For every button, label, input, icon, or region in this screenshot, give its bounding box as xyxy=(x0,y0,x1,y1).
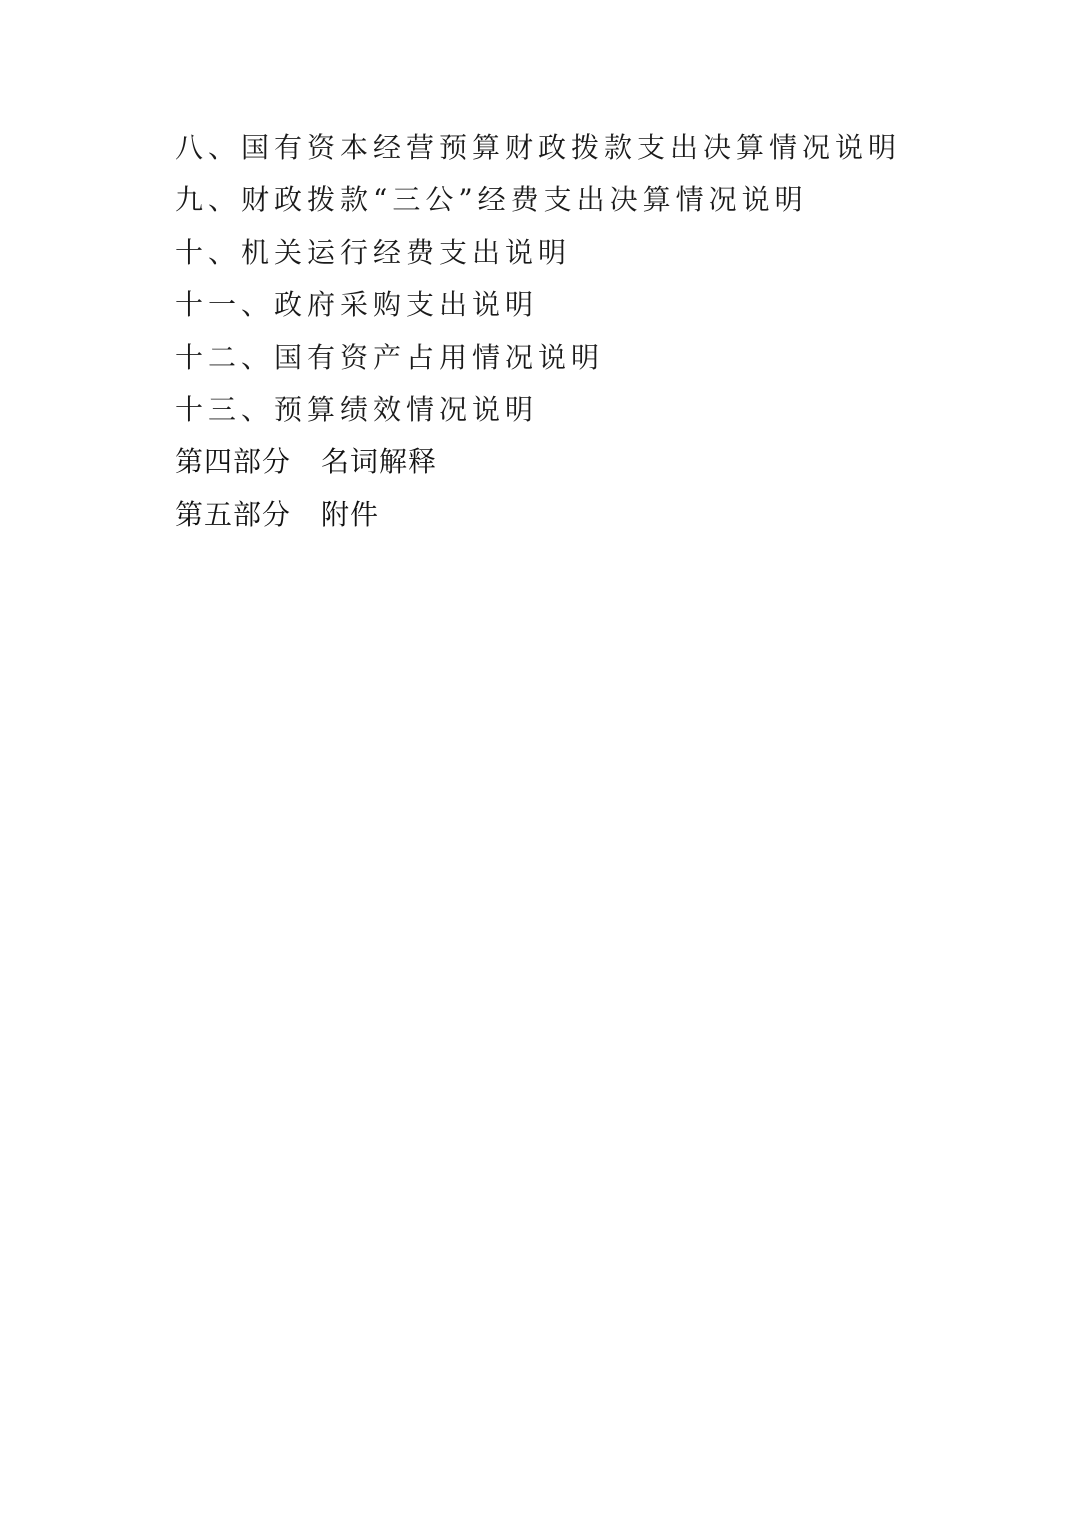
part-title: 附件 xyxy=(321,498,379,531)
table-of-contents: 八、国有资本经营预算财政拨款支出决算情况说明 九、财政拨款“三公”经费支出决算情… xyxy=(175,127,901,546)
part-number: 第五部分 xyxy=(175,498,291,531)
toc-item-three-public-expenses: 九、财政拨款“三公”经费支出决算情况说明 xyxy=(175,179,901,231)
toc-part-four: 第四部分名词解释 xyxy=(175,441,901,493)
part-title: 名词解释 xyxy=(321,445,437,478)
document-page: 八、国有资本经营预算财政拨款支出决算情况说明 九、财政拨款“三公”经费支出决算情… xyxy=(0,0,1074,1520)
toc-item-budget-performance: 十三、预算绩效情况说明 xyxy=(175,389,901,441)
toc-item-agency-operating-expenses: 十、机关运行经费支出说明 xyxy=(175,232,901,284)
toc-item-state-assets: 十二、国有资产占用情况说明 xyxy=(175,337,901,389)
toc-part-five: 第五部分附件 xyxy=(175,494,901,546)
part-number: 第四部分 xyxy=(175,445,291,478)
toc-item-government-procurement: 十一、政府采购支出说明 xyxy=(175,284,901,336)
toc-item-state-capital-budget: 八、国有资本经营预算财政拨款支出决算情况说明 xyxy=(175,127,901,179)
